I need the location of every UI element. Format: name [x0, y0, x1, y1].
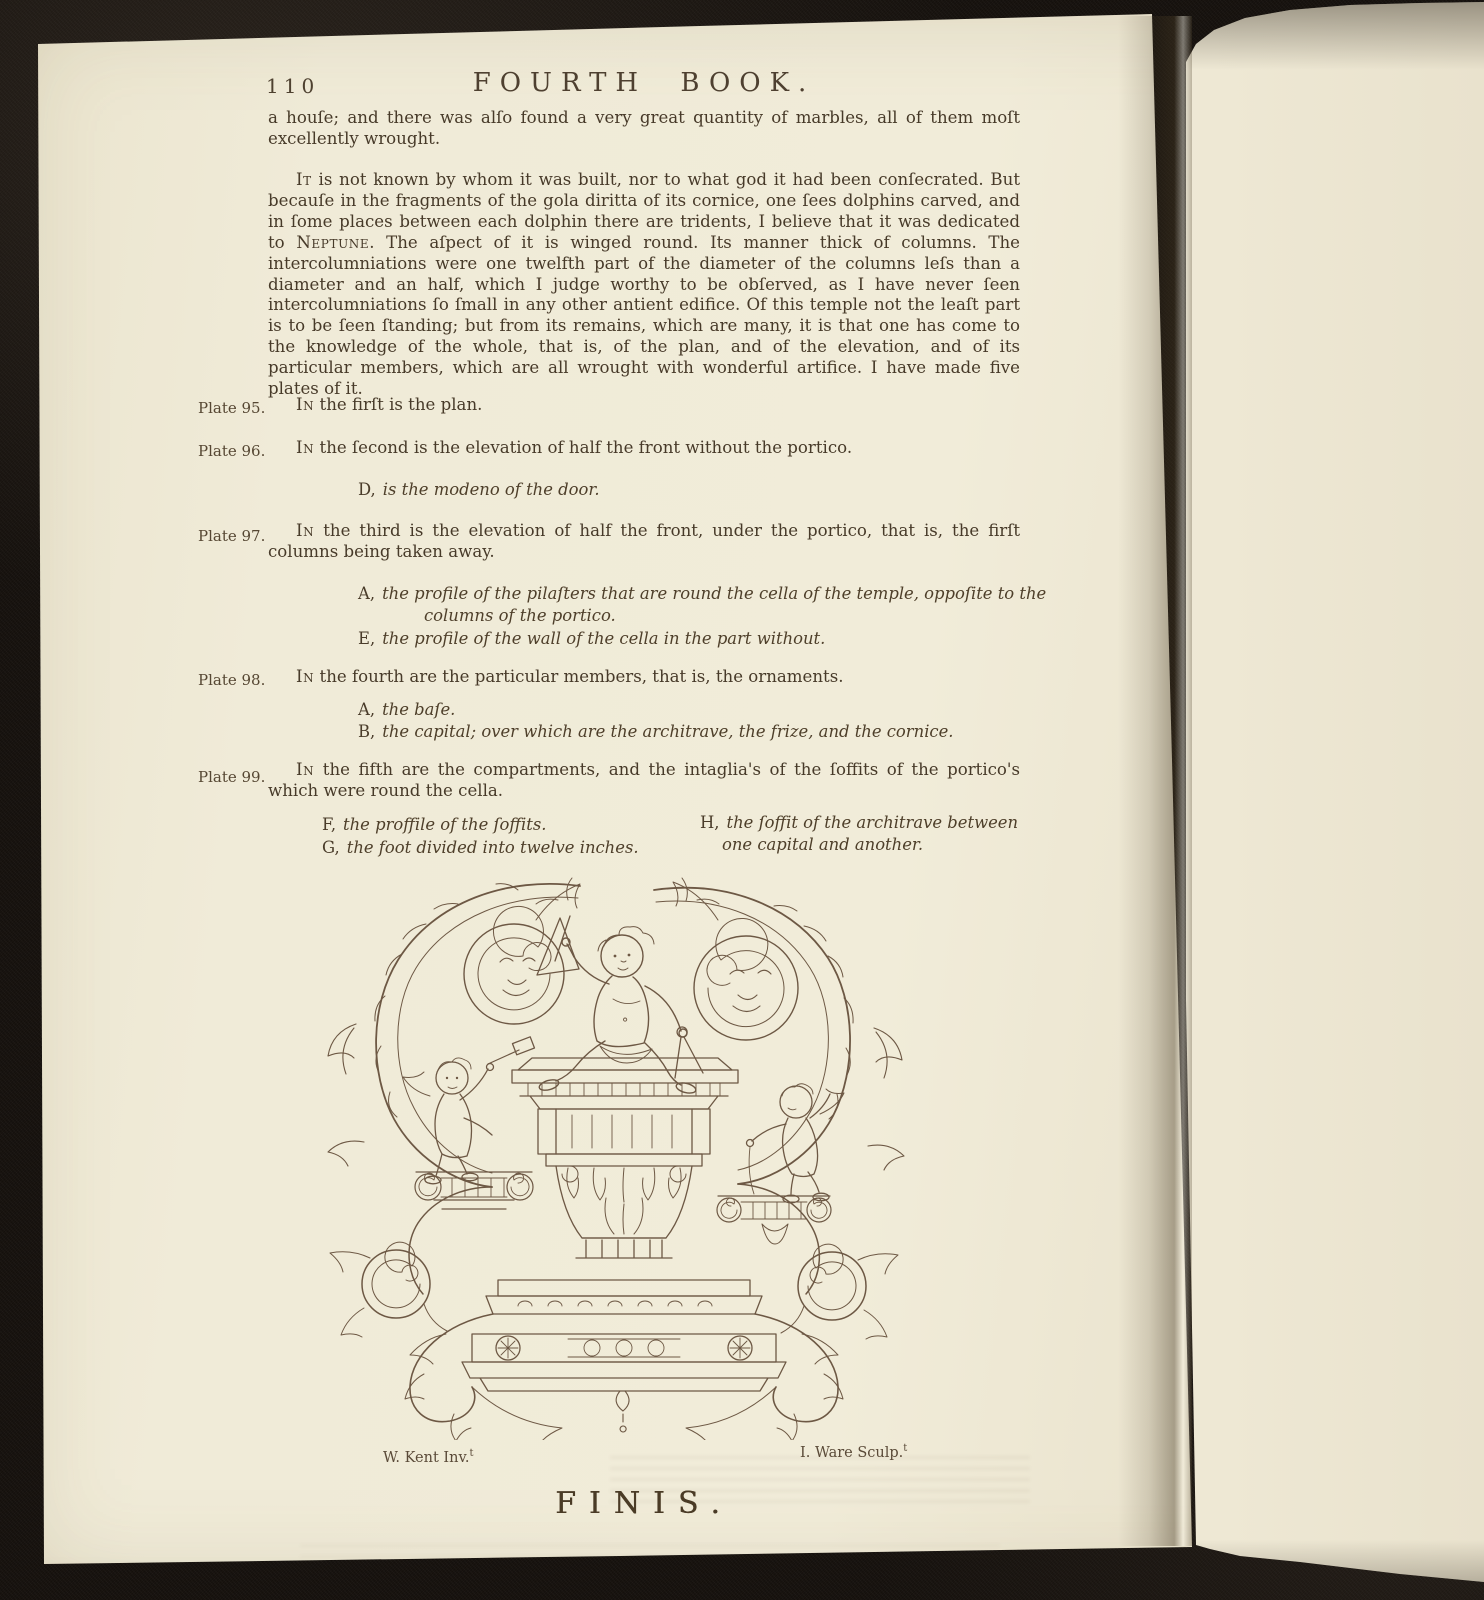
neptune-smallcaps: Neptune: [296, 233, 369, 252]
plate-97-text: the third is the elevation of half the f…: [268, 521, 1020, 561]
putto-right: [747, 1084, 845, 1203]
item-letter: H,: [700, 813, 720, 832]
credit-sculptor-sup: t: [903, 1443, 907, 1454]
paragraph-2-rest: . The aſpect of it is winged round. Its …: [268, 233, 1020, 398]
scroll-lower-left: [405, 1314, 562, 1440]
plate-98-item-b: B,the capital; over which are the archit…: [358, 721, 998, 743]
item-text: the foot divided into twelve inches.: [347, 838, 639, 857]
plate-97-item-a: A,the profile of the pilaſters that are …: [358, 583, 1072, 627]
plate-98-lead: In: [296, 667, 314, 686]
tailpiece-engraving: [322, 856, 910, 1440]
grotesque-medallion-right: [673, 878, 798, 1040]
finis-colophon: FINIS.: [268, 1486, 1020, 1521]
item-letter: A,: [358, 700, 375, 719]
plate-97-entry: In the third is the elevation of half th…: [268, 520, 1020, 562]
plate-98-label: Plate 98.: [198, 671, 268, 689]
item-text: the baſe.: [382, 700, 455, 719]
plate-98-text: the fourth are the particular members, t…: [314, 667, 843, 686]
plate-99-item-h: H,the ſoffit of the architrave between o…: [700, 812, 1052, 856]
plate-95-lead: In: [296, 395, 314, 414]
plate-96-entry: In the ſecond is the elevation of half t…: [268, 437, 1020, 458]
show-through-ghost: [300, 1540, 1000, 1558]
plate-99-label: Plate 99.: [198, 768, 268, 786]
ionic-capital-left: [415, 1172, 533, 1209]
mask-block-right: [717, 1196, 831, 1244]
sprig-far-right: [868, 1028, 904, 1170]
item-letter: A,: [358, 584, 375, 603]
putto-left: [403, 1037, 534, 1184]
plate-96-lead: In: [296, 438, 314, 457]
plate-95-text: the firſt is the plan.: [314, 395, 482, 414]
plate-99-text: the fifth are the compartments, and the …: [268, 760, 1020, 800]
item-text: the capital; over which are the architra…: [382, 722, 953, 741]
item-letter: G,: [322, 838, 340, 857]
plate-97-label: Plate 97.: [198, 527, 268, 545]
plate-96-label: Plate 96.: [198, 442, 268, 460]
item-text: is the modeno of the door.: [383, 480, 600, 499]
credit-inventor-name: W. Kent Inv.: [383, 1450, 470, 1466]
item-letter: F,: [322, 815, 336, 834]
plate-98-item-a: A,the baſe.: [358, 699, 858, 721]
base-plinth: [462, 1280, 786, 1432]
plate-95-label: Plate 95.: [198, 399, 268, 417]
pedestal-entablature: [512, 1058, 738, 1258]
plate-99-lead: In: [296, 760, 314, 779]
scroll-upper-left: [375, 884, 580, 1187]
item-letter: B,: [358, 722, 375, 741]
putto-center: [537, 916, 703, 1095]
plate-97-lead: In: [296, 521, 314, 540]
item-letter: D,: [358, 480, 376, 499]
book-photo: 110 FOURTH BOOK. a houſe; and there was …: [0, 0, 1484, 1600]
paragraph-1: a houſe; and there was alſo found a very…: [268, 108, 1020, 150]
paragraph-2-lead: It: [296, 170, 312, 189]
plate-95-entry: In the firſt is the plan.: [268, 394, 1020, 415]
item-letter: E,: [358, 629, 375, 648]
sprig-far-left: [328, 1024, 364, 1166]
plate-99-entry: In the fifth are the compartments, and t…: [268, 759, 1020, 801]
plate-98-entry: In the fourth are the particular members…: [268, 666, 1020, 687]
item-text: the proffile of the ſoffits.: [343, 815, 546, 834]
plate-99-item-f: F,the proffile of the ſoffits.: [322, 814, 682, 836]
scroll-lower-right: [686, 1314, 843, 1440]
paragraph-2: It is not known by whom it was built, no…: [268, 170, 1020, 400]
item-text: the ſoffit of the architrave between one…: [722, 813, 1018, 854]
plate-96-text: the ſecond is the elevation of half the …: [314, 438, 852, 457]
running-head: FOURTH BOOK.: [268, 68, 1020, 98]
page-gutter-shadow: [1118, 16, 1192, 1546]
plate-97-item-e: E,the profile of the wall of the cella i…: [358, 628, 978, 650]
credit-inventor: W. Kent Inv.t: [383, 1448, 474, 1466]
plate-96-item-d: D,is the modeno of the door.: [358, 479, 918, 501]
credit-inventor-sup: t: [470, 1448, 474, 1459]
item-text: the profile of the pilaſters that are ro…: [382, 584, 1046, 625]
item-text: the profile of the wall of the cella in …: [382, 629, 825, 648]
